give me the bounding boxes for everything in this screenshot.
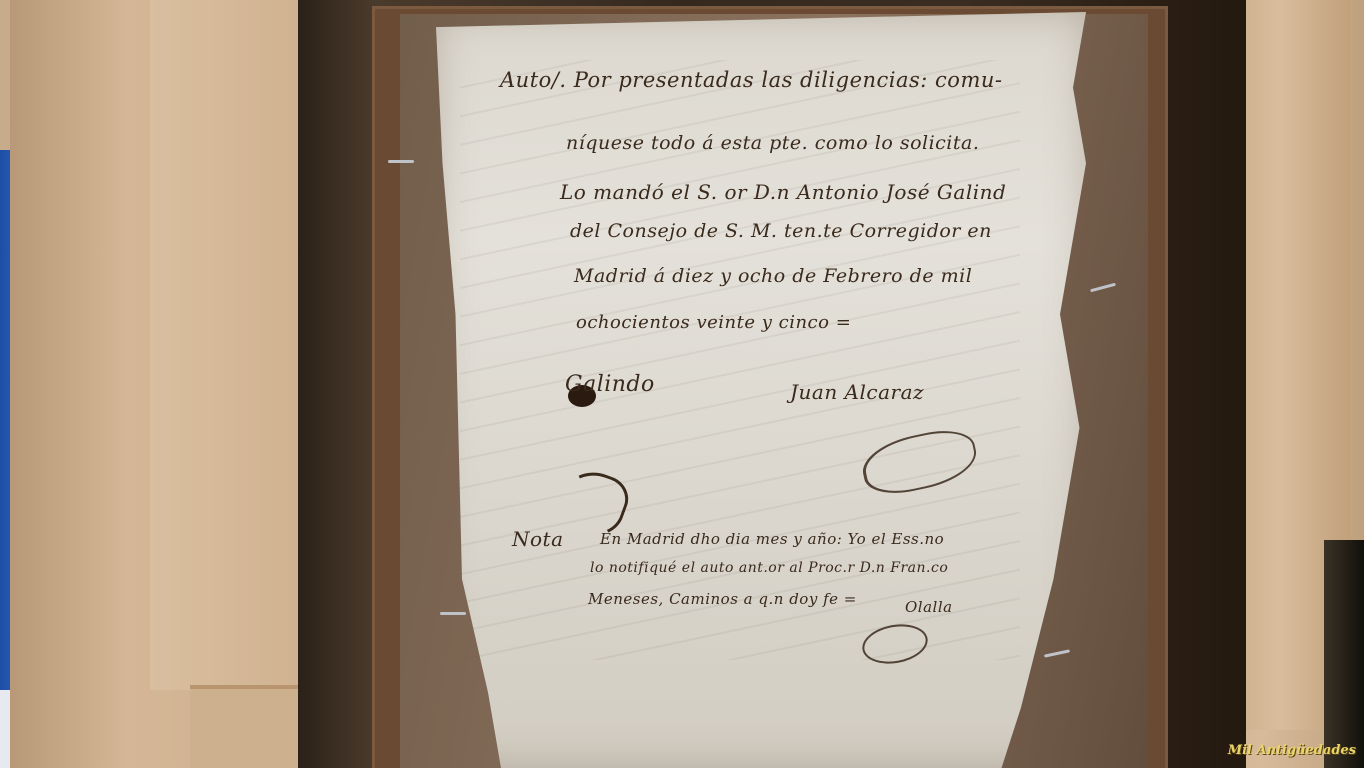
- margin-notation: Nota: [512, 527, 564, 551]
- manuscript-line: níquese todo á esta pte. como lo solicit…: [566, 132, 979, 154]
- manuscript-line: Auto/. Por presentadas las diligencias: …: [500, 68, 1003, 92]
- notation-line: En Madrid dho dia mes y año: Yo el Ess.n…: [600, 530, 944, 548]
- manuscript-line: del Consejo de S. M. ten.te Corregidor e…: [570, 220, 992, 242]
- photo-scene: Auto/. Por presentadas las diligencias: …: [0, 0, 1364, 768]
- notary-signature: Olalla: [905, 598, 953, 616]
- glazing-point: [388, 160, 414, 163]
- signature-alcaraz: Juan Alcaraz: [790, 380, 924, 404]
- glazing-point: [440, 612, 466, 615]
- watermark: Mil Antigüedades: [1228, 743, 1356, 758]
- notation-line: Meneses, Caminos a q.n doy fe =: [588, 590, 857, 608]
- notation-line: lo notifiqué el auto ant.or al Proc.r D.…: [590, 560, 948, 576]
- dark-background-corner: [1324, 540, 1364, 768]
- manuscript-line: ochocientos veinte y cinco =: [576, 312, 851, 333]
- manuscript-line: Lo mandó el S. or D.n Antonio José Galin…: [560, 180, 1006, 204]
- manuscript-line: Madrid á diez y ocho de Febrero de mil: [574, 265, 972, 287]
- signature-galindo: Galindo: [565, 372, 655, 397]
